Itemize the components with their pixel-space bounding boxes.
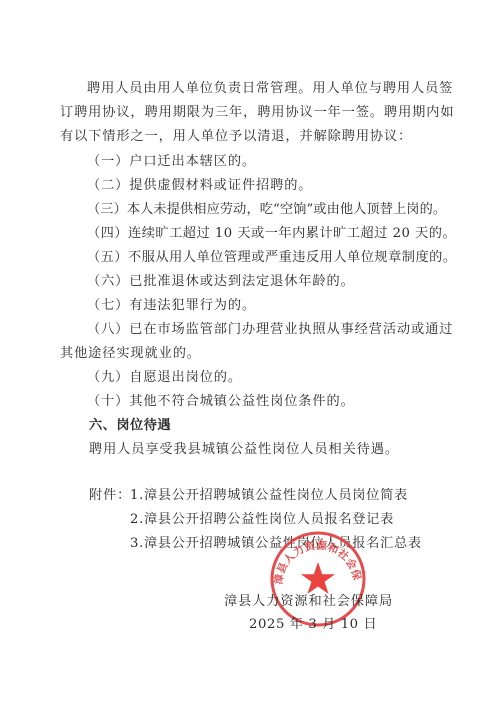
signature-organization: 漳县人力资源和社会保障局 (224, 590, 393, 609)
paragraph-line: 聘用人员由用人单位负责日常管理。用人单位与聘用人员签 (87, 79, 453, 99)
list-item: （九）自愿退出岗位的。 (87, 368, 242, 388)
list-item: （五）不服从用人单位管理或严重违反用人单位规章制度的。 (87, 248, 457, 268)
attachment-item: 2.漳县公开招聘公益性岗位人员报名登记表 (130, 510, 394, 530)
attachments-label: 附件： (89, 486, 131, 506)
list-item: （八）已在市场监管部门办理营业执照从事经营活动或通过 (87, 320, 453, 340)
paragraph-line: 订聘用协议，聘用期限为三年，聘用协议一年一签。聘用期内如 (60, 103, 454, 123)
list-item: （二）提供虚假材料或证件招聘的。 (87, 176, 312, 196)
section-text: 聘用人员享受我县城镇公益性岗位人员相关待遇。 (89, 440, 399, 460)
list-item: （三）本人未提供相应劳动，吃“空饷”或由他人顶替上岗的。 (87, 200, 446, 220)
attachment-item: 1.漳县公开招聘城镇公益性岗位人员岗位简表 (130, 486, 408, 506)
list-item: （一）户口迁出本辖区的。 (87, 152, 256, 172)
section-heading: 六、岗位待遇 (89, 416, 171, 436)
list-item: 其他途径实现就业的。 (60, 344, 201, 364)
list-item: （十）其他不符合城镇公益性岗位条件的。 (87, 392, 355, 412)
paragraph-line: 有以下情形之一，用人单位予以清退，并解除聘用协议： (60, 127, 412, 147)
signature-date: 2025 年 3 月 10 日 (249, 613, 377, 632)
list-item: （七）有违法犯罪行为的。 (87, 296, 256, 316)
list-item: （四）连续旷工超过 10 天或一年内累计旷工超过 20 天的。 (87, 224, 456, 244)
document-page: 聘用人员由用人单位负责日常管理。用人单位与聘用人员签 订聘用协议，聘用期限为三年… (0, 0, 500, 707)
list-item: （六）已批准退休或达到法定退休年龄的。 (87, 272, 355, 292)
